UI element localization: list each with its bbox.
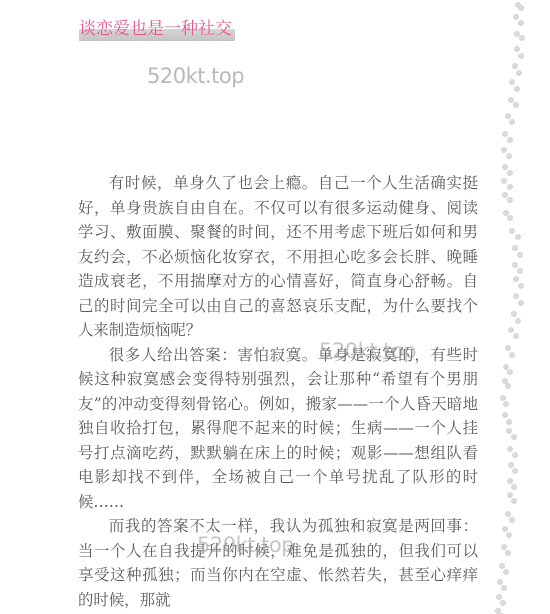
paw-print-icon (507, 184, 513, 190)
paw-print-icon (511, 311, 517, 317)
paw-print-icon (501, 178, 507, 184)
body-text: 有时候，单身久了也会上瘾。自己一个人生活确实挺好，单身贵族自由自在。不仅可以有很… (78, 171, 478, 612)
paw-print-icon (508, 462, 514, 468)
paw-print-icon (509, 119, 515, 125)
paw-print-icon (501, 544, 507, 550)
paw-print-icon (518, 5, 524, 11)
paw-print-icon (505, 383, 511, 389)
paw-print-icon (517, 252, 523, 258)
paw-print-icon (506, 428, 512, 434)
paw-print-icon (512, 245, 518, 251)
paragraph-2: 很多人给出答案：害怕寂寞。单身是寂寞的，有些时候这种寂寞感会变得特别强烈，会让那… (78, 343, 478, 515)
book-page: 谈恋爱也是一种社交 520kt.top 有时候，单身久了也会上瘾。自己一个人生活… (0, 0, 550, 614)
paw-print-icon (507, 215, 513, 221)
paw-print-icon (511, 484, 517, 490)
paw-print-icon (505, 550, 511, 556)
paw-print-icon (497, 579, 503, 585)
paw-print-icon (507, 446, 513, 452)
paw-print-icon (518, 20, 524, 26)
paw-print-icon (507, 478, 513, 484)
paw-print-icon (501, 147, 507, 153)
paw-print-icon (505, 345, 511, 351)
paw-print-icon (506, 532, 512, 538)
paw-print-icon (506, 153, 512, 159)
paw-print-icon (501, 585, 507, 591)
paw-print-icon (512, 452, 518, 458)
paw-print-icon (518, 283, 524, 289)
paw-print-icon (514, 86, 520, 92)
paw-print-icon (507, 137, 513, 143)
paw-print-icon (509, 352, 515, 358)
paw-print-icon (507, 492, 513, 498)
paw-print-icon (505, 113, 511, 119)
paw-print-icon (508, 327, 514, 333)
paw-print-icon (518, 53, 524, 59)
watermark-top: 520kt.top (147, 64, 244, 88)
paw-print-icon (517, 268, 523, 274)
paw-print-icon (502, 526, 508, 532)
paw-print-icon (509, 79, 515, 85)
paw-print-icon (503, 401, 509, 407)
paw-print-icon (502, 412, 508, 418)
paw-print-icon (515, 234, 521, 240)
paw-print-icon (507, 197, 513, 203)
paw-print-icon (511, 434, 517, 440)
paw-print-icon (499, 563, 505, 569)
paw-print-icon (511, 498, 517, 504)
paw-print-icon (507, 170, 513, 176)
paw-print-icon (513, 276, 519, 282)
paw-print-trail-icon (490, 0, 550, 614)
paw-print-icon (502, 164, 508, 170)
paw-print-icon (519, 35, 525, 41)
paw-print-icon (506, 419, 512, 425)
paw-print-icon (505, 511, 511, 517)
chapter-title-block: 谈恋爱也是一种社交 (79, 17, 232, 41)
paw-print-icon (515, 318, 521, 324)
paw-print-icon (500, 600, 506, 606)
chapter-title: 谈恋爱也是一种社交 (79, 17, 232, 41)
paw-print-icon (512, 468, 518, 474)
paw-print-icon (513, 102, 519, 108)
paw-print-icon (518, 300, 524, 306)
paw-print-icon (502, 131, 508, 137)
paw-print-icon (513, 14, 519, 20)
paw-print-icon (509, 228, 515, 234)
paw-print-icon (512, 262, 518, 268)
paw-print-icon (503, 569, 509, 575)
paw-print-icon (507, 369, 513, 375)
paw-print-icon (496, 594, 502, 600)
paragraph-3: 而我的答案不太一样，我认为孤独和寂寞是两回事：当一个人在自我提升的时候，难免是孤… (78, 514, 478, 612)
paw-print-icon (513, 333, 519, 339)
paw-print-icon (514, 46, 520, 52)
paw-print-icon (512, 63, 518, 69)
paragraph-1: 有时候，单身久了也会上瘾。自己一个人生活确实挺好，单身贵族自由自在。不仅可以有很… (78, 171, 478, 343)
paw-print-icon (513, 293, 519, 299)
paw-print-icon (509, 517, 515, 523)
paw-print-icon (516, 70, 522, 76)
